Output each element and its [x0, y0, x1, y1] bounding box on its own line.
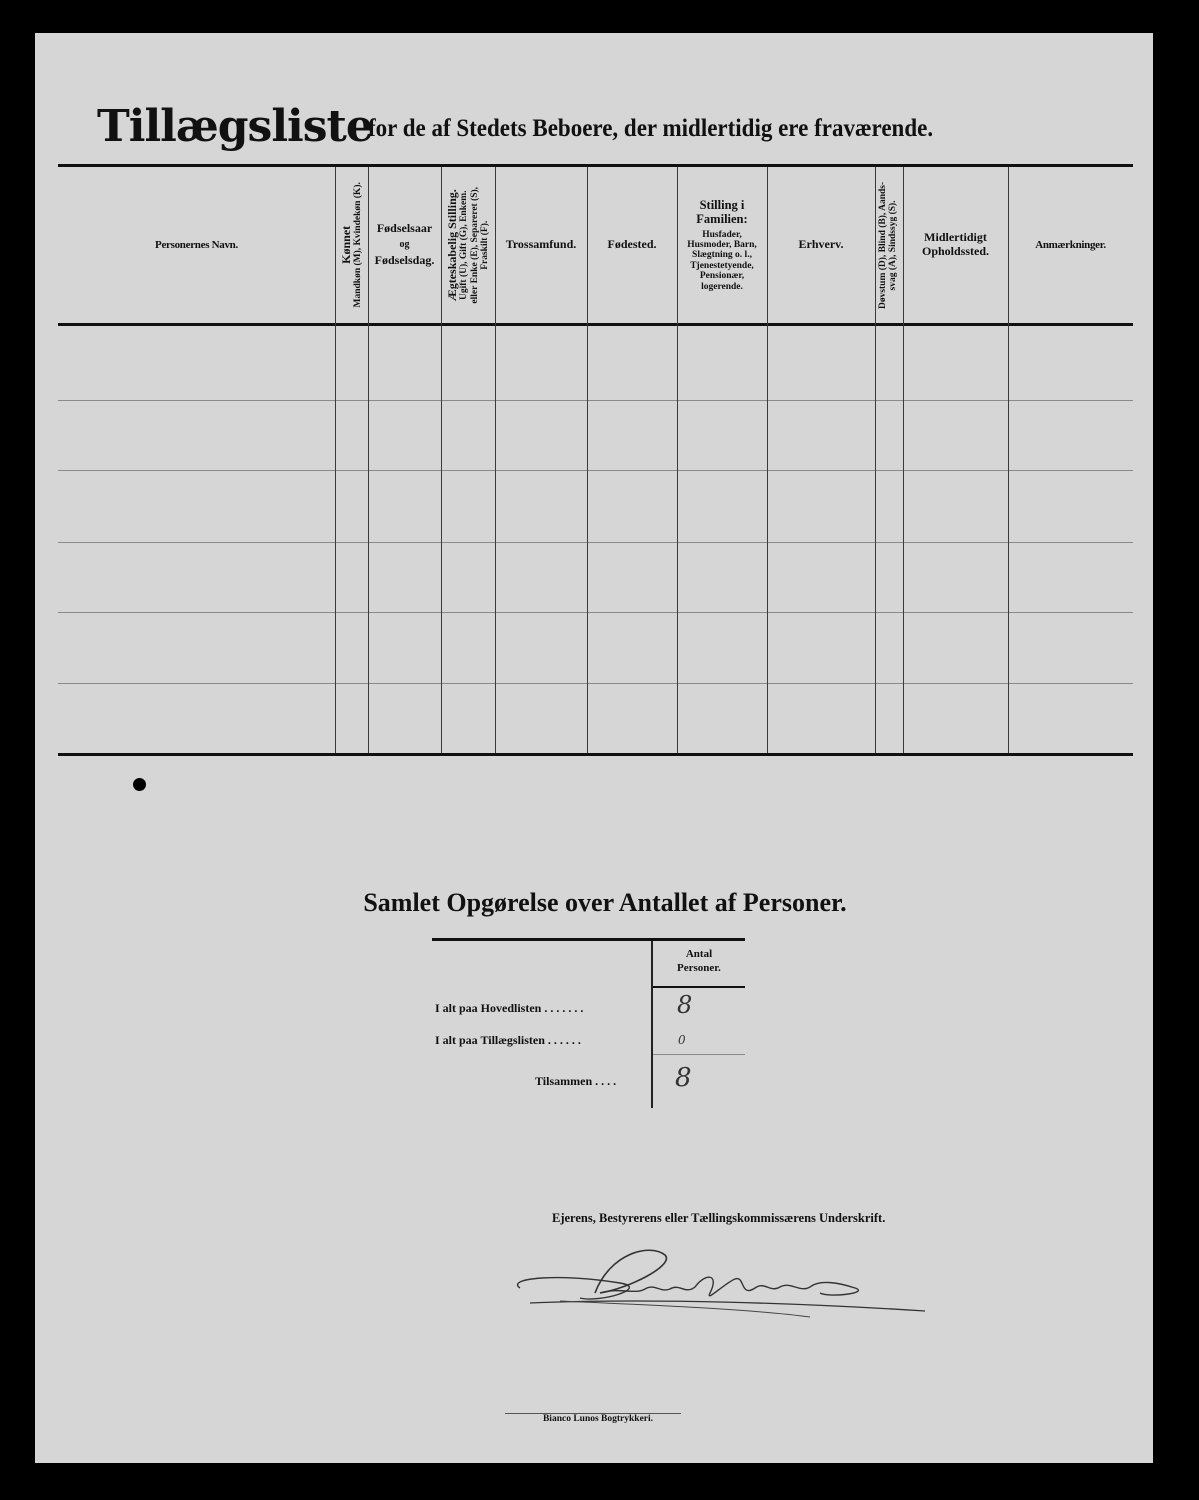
- summary-header-line1: Antal: [653, 947, 745, 961]
- header-stilling-line2: Familien:: [696, 212, 747, 226]
- header-fodsel-line2: og: [400, 239, 410, 251]
- header-stilling-detail: Husfader, Husmoder, Barn, Slægtning o. l…: [677, 230, 767, 293]
- summary-row-label: Tilsammen . . . .: [535, 1074, 616, 1089]
- summary-header-rule: [653, 986, 745, 988]
- header-aegteskab-line4: Fraskilt (F).: [480, 187, 490, 304]
- header-aegteskab: Ægteskabelig Stilling. Ugift (U), Gift (…: [441, 167, 495, 323]
- row-divider: [58, 400, 1133, 401]
- subtitle-plain: for de af Stedets Beboere, der midlertid…: [368, 115, 808, 142]
- header-fodsel-line3: Fødselsdag.: [375, 254, 435, 268]
- summary-subtotal-rule: [653, 1054, 745, 1055]
- header-anmaerkninger: Anmærkninger.: [1008, 167, 1133, 323]
- header-kjon: Kønnet Mandkøn (M), Kvindekøn (K).: [335, 167, 368, 323]
- punch-hole-mark: [133, 778, 146, 791]
- header-aegteskab-line3: eller Enke (E), Separeret (S),: [469, 187, 479, 304]
- summary-top-rule: [432, 938, 745, 941]
- header-ophold-line2: Opholdssted.: [922, 245, 989, 259]
- table-bottom-rule: [58, 753, 1133, 756]
- header-bottom-rule: [58, 323, 1133, 326]
- census-form-page: Tillægsliste for de af Stedets Beboere, …: [35, 33, 1153, 1463]
- header-dovstum-line2: svag (A), Sindssyg (S).: [889, 181, 899, 308]
- summary-row-value: 8: [677, 991, 692, 1019]
- subtitle-bold: fraværende.: [814, 115, 933, 142]
- header-kjon-main: Kønnet: [340, 182, 353, 307]
- header-fodested: Fødested.: [587, 167, 677, 323]
- header-ophold: Midlertidigt Opholdssted.: [903, 167, 1008, 323]
- summary-row-value: 0: [678, 1033, 686, 1047]
- header-navn: Personernes Navn.: [58, 167, 335, 323]
- header-trossamfund: Trossamfund.: [495, 167, 587, 323]
- row-divider: [58, 470, 1133, 471]
- summary-row-label: I alt paa Hovedlisten . . . . . . .: [435, 1001, 583, 1016]
- printer-imprint: Bianco Lunos Bogtrykkeri.: [513, 1414, 683, 1424]
- header-aegteskab-line1: Ægteskabelig Stilling.: [446, 187, 459, 304]
- header-fodsel-line1: Fødselsaar: [377, 222, 432, 236]
- row-divider: [58, 612, 1133, 613]
- header-erhverv: Erhverv.: [767, 167, 875, 323]
- header-ophold-line1: Midlertidigt: [924, 231, 987, 245]
- summary-title: Samlet Opgørelse over Antallet af Person…: [305, 888, 905, 918]
- header-stilling-line1: Stilling i: [700, 198, 745, 212]
- signature: Anna Hegnte: [500, 1243, 930, 1323]
- summary-header-line2: Personer.: [653, 961, 745, 975]
- form-title: Tillægsliste: [97, 101, 373, 152]
- row-divider: [58, 683, 1133, 684]
- header-fodsel: Fødselsaar og Fødselsdag.: [368, 167, 441, 323]
- header-aegteskab-line2: Ugift (U), Gift (G), Enkem.: [459, 187, 469, 304]
- summary-row-value: 8: [675, 1063, 692, 1093]
- signature-scrawl-icon: [500, 1243, 930, 1323]
- row-divider: [58, 542, 1133, 543]
- header-dovstum: Døvstum (D), Blind (B), Aands- svag (A),…: [875, 167, 903, 323]
- header-kjon-sub: Mandkøn (M), Kvindekøn (K).: [353, 182, 363, 307]
- header-stilling: Stilling i Familien: Husfader, Husmoder,…: [677, 167, 767, 323]
- summary-column-header: Antal Personer.: [653, 947, 745, 976]
- summary-row-label: I alt paa Tillægslisten . . . . . .: [435, 1033, 581, 1048]
- form-subtitle: for de af Stedets Beboere, der midlertid…: [368, 115, 933, 143]
- signature-caption: Ejerens, Bestyrerens eller Tællingskommi…: [552, 1211, 885, 1226]
